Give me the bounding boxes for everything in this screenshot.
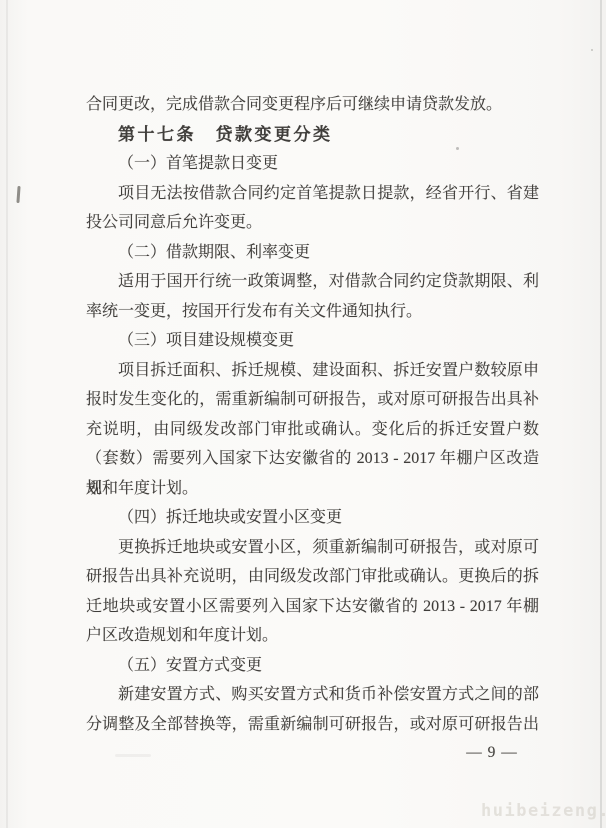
page-number: — 9 — xyxy=(462,744,522,762)
text-line: 充说明，由同级发改部门审批或确认。变化后的拆迁安置户数 xyxy=(86,415,539,445)
document-body: 合同更改，完成借款合同变更程序后可继续申请贷款发放。第十七条 贷款变更分类（一）… xyxy=(86,90,539,739)
scan-artifact-smudge xyxy=(115,754,151,757)
text-line: 合同更改，完成借款合同变更程序后可继续申请贷款发放。 xyxy=(86,90,539,120)
text-line: 户区改造规划和年度计划。 xyxy=(86,621,539,651)
text-line: （四）拆迁地块或安置小区变更 xyxy=(86,503,539,533)
text-line: 更换拆迁地块或安置小区，须重新编制可研报告，或对原可 xyxy=(86,533,539,563)
text-line: 分调整及全部替换等，需重新编制可研报告，或对原可研报告出 xyxy=(86,710,539,740)
text-line: 项目无法按借款合同约定首笔提款日提款，经省开行、省建 xyxy=(86,179,539,209)
text-line: 第十七条 贷款变更分类 xyxy=(86,120,539,150)
scanned-document-page: 合同更改，完成借款合同变更程序后可继续申请贷款发放。第十七条 贷款变更分类（一）… xyxy=(0,0,606,828)
watermark: huibeizeng.com xyxy=(481,801,606,821)
scan-edge-right-line xyxy=(600,0,602,828)
text-line: 适用于国开行统一政策调整，对借款合同约定贷款期限、利 xyxy=(86,267,539,297)
scan-artifact-speck xyxy=(591,49,593,51)
text-line: （五）安置方式变更 xyxy=(86,651,539,681)
text-line: 投公司同意后允许变更。 xyxy=(86,208,539,238)
text-line: （套数）需要列入国家下达安徽省的 2013 - 2017 年棚户区改造规 xyxy=(86,444,539,474)
text-line: 率统一变更，按国开行发布有关文件通知执行。 xyxy=(86,297,539,327)
text-line: （三）项目建设规模变更 xyxy=(86,326,539,356)
text-line: 研报告出具补充说明，由同级发改部门审批或确认。更换后的拆 xyxy=(86,562,539,592)
text-line: 新建安置方式、购买安置方式和货币补偿安置方式之间的部 xyxy=(86,680,539,710)
text-line: 迁地块或安置小区需要列入国家下达安徽省的 2013 - 2017 年棚 xyxy=(86,592,539,622)
text-line: （二）借款期限、利率变更 xyxy=(86,238,539,268)
text-line: （一）首笔提款日变更 xyxy=(86,149,539,179)
scan-edge-left-line xyxy=(6,0,8,828)
scan-artifact-edge-mark xyxy=(16,186,20,203)
text-line: 报时发生变化的，需重新编制可研报告，或对原可研报告出具补 xyxy=(86,385,539,415)
text-line: 划和年度计划。 xyxy=(86,474,539,504)
text-line: 项目拆迁面积、拆迁规模、建设面积、拆迁安置户数较原申 xyxy=(86,356,539,386)
